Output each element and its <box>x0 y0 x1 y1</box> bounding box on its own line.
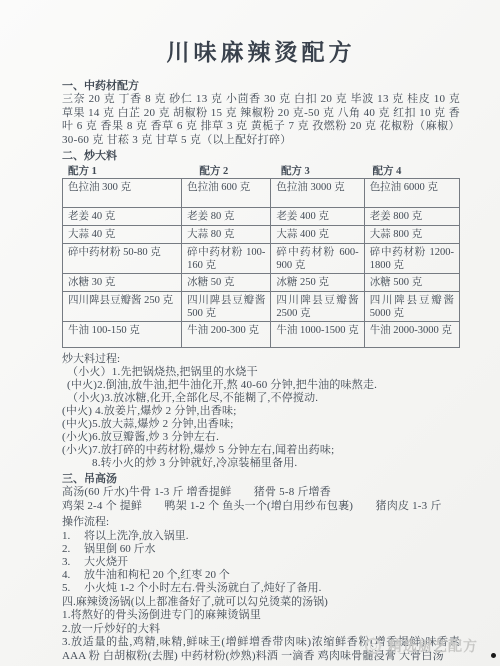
watermark-logo-icon <box>365 638 381 654</box>
soup-step: 1. 将以上洗净,放入锅里. <box>62 530 460 543</box>
step-number: 2. <box>62 543 84 556</box>
table-cell: 老姜 80 克 <box>182 208 271 226</box>
table-cell: 碎中药材粉 1200-1800 克 <box>364 244 459 274</box>
soup-process-heading: 操作流程: <box>62 515 460 529</box>
table-cell: 牛油 2000-3000 克 <box>364 322 459 348</box>
soup-ingredients-line: 高汤(60 斤水)牛骨 1-3 斤 增香提鲜 猪骨 5-8 斤增香 <box>62 486 460 500</box>
section3-heading: 三、吊高汤 <box>62 472 460 486</box>
soup-ingredients-line: 鸡架 2-4 个 提鲜 鸭架 1-2 个 鱼头一个(增白用纱布包裹) 猪肉皮 1… <box>62 500 460 514</box>
page-title: 川味麻辣烫配方 <box>62 34 460 67</box>
formula-column-header: 配方 1 <box>62 165 181 178</box>
table-cell: 碎中药材粉 600-900 克 <box>271 244 364 274</box>
table-row: 冰糖 30 克 冰糖 50 克 冰糖 250 克 冰糖 500 克 <box>63 274 460 292</box>
herb-formula-paragraph: 三奈 20 克 丁香 8 克 砂仁 13 克 小茴香 30 克 白扣 20 克 … <box>62 93 460 147</box>
stirfry-step: (小火)6.放豆瓣酱,炒 3 分钟左右. <box>62 431 460 444</box>
table-cell: 牛油 200-300 克 <box>182 322 271 348</box>
step-text: 锅里倒 60 斤水 <box>84 543 460 556</box>
soup-step: 4. 放牛油和枸杞 20 个,红枣 20 个 <box>62 569 460 582</box>
hotpot-step: 1.将熬好的骨头汤倒进专门的麻辣烫锅里 <box>62 609 460 623</box>
soup-step: 5. 小火炖 1-2 个小时左右.骨头汤就白了,炖好了备用. <box>62 582 460 595</box>
stirfry-step: (中火) 4.放姜片,爆炒 2 分钟,出香味; <box>62 405 460 418</box>
step-number: 5. <box>62 582 84 595</box>
document-page: 川味麻辣烫配方 一、中药材配方 三奈 20 克 丁香 8 克 砂仁 13 克 小… <box>0 0 500 666</box>
formula-column-header: 配方 4 <box>364 165 460 178</box>
section4-heading: 四.麻辣烫汤锅(以上都准备好了,就可以勾兑烫菜的汤锅) <box>62 595 460 609</box>
formula-column-header: 配方 3 <box>271 165 365 178</box>
step-text: 将以上洗净,放入锅里. <box>84 530 460 543</box>
document-content: 川味麻辣烫配方 一、中药材配方 三奈 20 克 丁香 8 克 砂仁 13 克 小… <box>0 0 500 663</box>
table-cell: 四川陴县豆瓣酱 5000 克 <box>364 292 459 322</box>
table-cell: 大蒜 40 克 <box>63 226 182 244</box>
table-cell: 碎中药材粉 100-160 克 <box>182 244 271 274</box>
table-row: 大蒜 40 克 大蒜 80 克 大蒜 400 克 大蒜 800 克 <box>63 226 460 244</box>
table-cell: 四川陴县豆瓣酱 250 克 <box>63 292 182 322</box>
table-cell: 老姜 40 克 <box>63 208 182 226</box>
hotpot-step: 2.放一斤炒好的大料 <box>62 623 460 637</box>
corner-dot <box>491 653 496 658</box>
table-cell: 大蒜 80 克 <box>182 226 271 244</box>
table-cell: 四川陴县豆瓣酱 500 克 <box>182 292 271 322</box>
table-cell: 色拉油 6000 克 <box>364 179 459 208</box>
stirfry-step: （小火）1.先把锅烧热,把锅里的水烧干 <box>62 366 460 379</box>
table-cell: 老姜 800 克 <box>364 208 459 226</box>
table-cell: 冰糖 500 克 <box>364 274 459 292</box>
table-row: 色拉油 300 克 色拉油 600 克 色拉油 3000 克 色拉油 6000 … <box>63 179 460 208</box>
formula-table: 色拉油 300 克 色拉油 600 克 色拉油 3000 克 色拉油 6000 … <box>62 178 460 348</box>
step-text: 大火烧开 <box>84 556 460 569</box>
stirfry-step: (中火)2.倒油,放牛油,把牛油化开,熬 40-60 分钟,把牛油的味熬走. <box>62 379 460 392</box>
table-cell: 色拉油 600 克 <box>182 179 271 208</box>
table-cell: 牛油 1000-1500 克 <box>271 322 364 348</box>
table-cell: 色拉油 300 克 <box>63 179 182 208</box>
stirfry-step: （小火)3.放冰糖,化开,全部化尽,不能糊了,不停搅动. <box>62 392 460 405</box>
formula-table-header-row: 配方 1 配方 2 配方 3 配方 4 <box>62 165 460 178</box>
stirfry-step: (中火)5.放大蒜,爆炒 2 分钟,出香味; <box>62 418 460 431</box>
table-cell: 碎中药材粉 50-80 克 <box>63 244 182 274</box>
table-cell: 老姜 400 克 <box>271 208 364 226</box>
table-row: 牛油 100-150 克 牛油 200-300 克 牛油 1000-1500 克… <box>63 322 460 348</box>
step-text: 小火炖 1-2 个小时左右.骨头汤就白了,炖好了备用. <box>84 582 460 595</box>
stirfry-step: (小火)7.放打碎的中药材粉,爆炒 5 分钟左右,闻着出药味; <box>62 444 460 457</box>
table-row: 老姜 40 克 老姜 80 克 老姜 400 克 老姜 800 克 <box>63 208 460 226</box>
table-cell: 冰糖 30 克 <box>63 274 182 292</box>
step-number: 4. <box>62 569 84 582</box>
stirfry-step: 8.转小火的炒 3 分钟就好,冷凉装桶里备用. <box>62 457 460 470</box>
table-cell: 大蒜 400 克 <box>271 226 364 244</box>
soup-step: 3. 大火烧开 <box>62 556 460 569</box>
stirfry-process-heading: 炒大料过程: <box>62 352 460 366</box>
step-number: 3. <box>62 556 84 569</box>
table-cell: 四川陴县豆瓣酱 2500 克 <box>271 292 364 322</box>
table-cell: 冰糖 250 克 <box>271 274 364 292</box>
table-row: 碎中药材粉 50-80 克 碎中药材粉 100-160 克 碎中药材粉 600-… <box>63 244 460 274</box>
soup-step: 2. 锅里倒 60 斤水 <box>62 543 460 556</box>
step-number: 1. <box>62 530 84 543</box>
soup-steps-list: 1. 将以上洗净,放入锅里. 2. 锅里倒 60 斤水 3. 大火烧开 4. 放… <box>62 530 460 595</box>
section2-heading: 二、炒大料 <box>62 149 460 163</box>
table-cell: 大蒜 800 克 <box>364 226 459 244</box>
table-cell: 牛油 100-150 克 <box>63 322 182 348</box>
watermark-label: 精选厨艺配方 <box>388 636 478 656</box>
watermark: 精选厨艺配方 <box>365 636 478 656</box>
step-text: 放牛油和枸杞 20 个,红枣 20 个 <box>84 569 460 582</box>
table-cell: 冰糖 50 克 <box>182 274 271 292</box>
section1-heading: 一、中药材配方 <box>62 79 460 93</box>
table-cell: 色拉油 3000 克 <box>271 179 364 208</box>
formula-column-header: 配方 2 <box>181 165 271 178</box>
table-row: 四川陴县豆瓣酱 250 克 四川陴县豆瓣酱 500 克 四川陴县豆瓣酱 2500… <box>63 292 460 322</box>
